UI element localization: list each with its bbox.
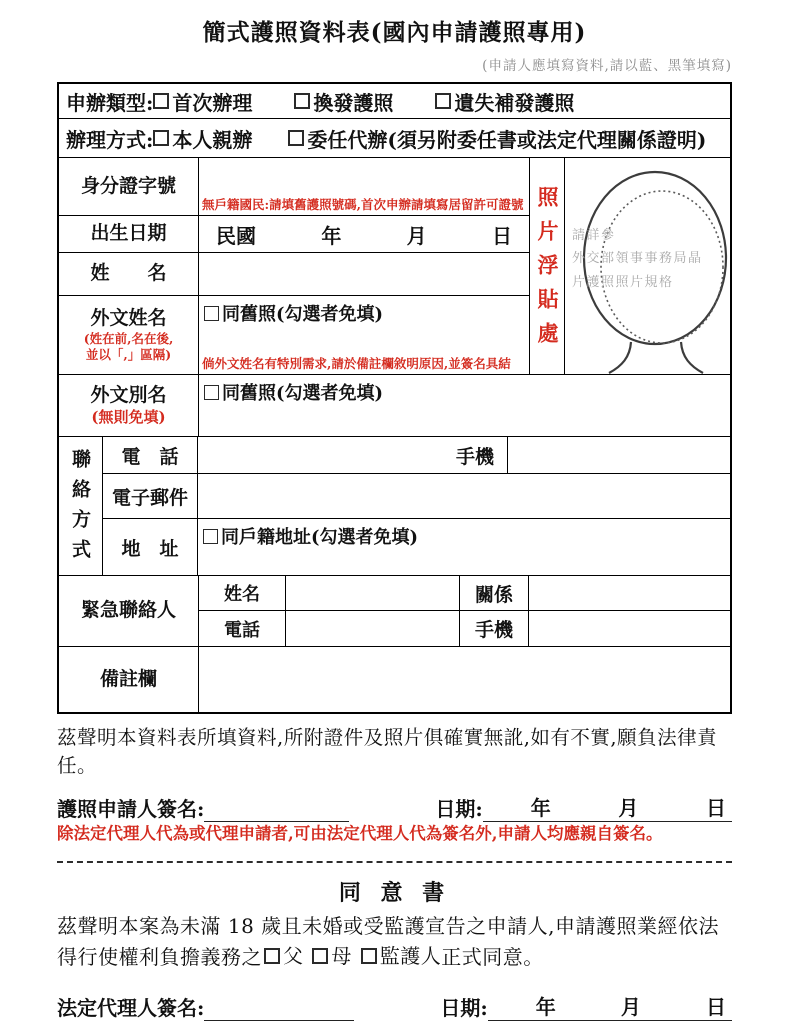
checkbox-icon	[264, 948, 280, 964]
name-field	[199, 253, 529, 295]
date-label: 日期:	[440, 992, 487, 1021]
foreign-alias-field: 同舊照(勾選者免填)	[199, 375, 730, 436]
foreign-name-sublabel: 並以「,」區隔)	[86, 347, 171, 363]
apply-type-option-label: 遺失補發護照	[454, 87, 574, 116]
day-label: 日	[492, 220, 512, 249]
day-label: 日	[706, 792, 726, 821]
consent-option-label: 監護人	[380, 941, 442, 971]
email-row: 電子郵件	[103, 474, 730, 519]
contact-band: 聯絡方式 電 話 手機 電子郵件 地 址	[59, 437, 730, 576]
same-as-old-passport-label: 同舊照(勾選者免填)	[222, 300, 383, 326]
declaration-text: 茲聲明本資料表所填資料,所附證件及照片俱確實無訛,如有不實,願負法律責任。	[57, 724, 732, 779]
passport-form-table: 申辦類型: 首次辦理 換發護照 遺失補發護照 辦理方式: 本人親辦	[57, 82, 732, 714]
checkbox-icon	[153, 93, 169, 109]
consent-option-label: 母	[331, 941, 352, 971]
address-field: 同戶籍地址(勾選者免填)	[198, 519, 730, 575]
remarks-field	[199, 647, 730, 712]
consent-title: 同 意 書	[57, 876, 732, 907]
foreign-alias-row: 外文別名 (無則免填) 同舊照(勾選者免填)	[59, 375, 730, 437]
foreign-name-sublabel: (姓在前,名在後,	[84, 331, 174, 347]
date-line: 年 月 日	[483, 798, 732, 822]
apply-type-option-label: 換發護照	[313, 87, 393, 116]
id-number-label: 身分證字號	[59, 158, 199, 215]
month-label: 月	[621, 991, 641, 1020]
checkbox-icon	[435, 93, 451, 109]
birth-date-label: 出生日期	[59, 216, 199, 252]
foreign-name-label: 外文姓名 (姓在前,名在後, 並以「,」區隔)	[59, 296, 199, 374]
foreign-name-note: 倘外文姓名有特別需求,請於備註欄敘明原因,並簽名具結	[202, 354, 532, 372]
foreign-alias-label: 外文別名 (無則免填)	[59, 375, 199, 436]
checkbox-icon	[288, 130, 304, 146]
checkbox-icon	[294, 93, 310, 109]
consent-option-label: 父	[283, 941, 304, 971]
photo-spec-note-line: 外交部領事事務局晶	[572, 247, 703, 270]
method-label: 辦理方式:	[66, 124, 153, 153]
consent-option-mother: 母	[310, 941, 352, 971]
month-label: 月	[618, 792, 638, 821]
id-number-row: 身分證字號 無戶籍國民:請填舊護照號碼,首次申辦請填寫居留許可證號	[59, 158, 529, 216]
remarks-label: 備註欄	[59, 647, 199, 712]
foreign-alias-sublabel: (無則免填)	[91, 408, 165, 428]
foreign-name-field: 同舊照(勾選者免填) 倘外文姓名有特別需求,請於備註欄敘明原因,並簽名具結	[199, 296, 529, 374]
same-as-old-passport-label: 同舊照(勾選者免填)	[222, 379, 383, 405]
method-option-self: 本人親辦	[153, 124, 252, 153]
emergency-name-label: 姓名	[199, 576, 286, 610]
date-label: 日期:	[435, 793, 482, 822]
apply-type-row: 申辦類型: 首次辦理 換發護照 遺失補發護照	[59, 84, 730, 119]
dashed-separator	[57, 861, 732, 863]
checkbox-icon	[204, 385, 219, 400]
day-label: 日	[706, 991, 726, 1020]
apply-type-option-renew: 換發護照	[294, 87, 393, 116]
consent-text-after: 正式同意。	[441, 945, 544, 969]
date-line: 年 月 日	[488, 997, 732, 1021]
apply-type-option-first: 首次辦理	[153, 87, 252, 116]
photo-box: 請詳參 外交部領事事務局晶 片護照照片規格	[565, 158, 730, 374]
foreign-alias-label-main: 外文別名	[90, 384, 166, 408]
mobile-label: 手機	[443, 437, 508, 473]
emergency-mobile-label: 手機	[459, 611, 529, 646]
name-label: 姓 名	[59, 253, 199, 295]
checkbox-icon	[203, 529, 218, 544]
foreign-name-row: 外文姓名 (姓在前,名在後, 並以「,」區隔) 同舊照(勾選者免填) 倘外文姓名…	[59, 296, 529, 374]
emergency-relation-field	[529, 576, 730, 610]
photo-spec-note: 請詳參 外交部領事事務局晶 片護照照片規格	[572, 224, 703, 294]
identity-rows: 身分證字號 無戶籍國民:請填舊護照號碼,首次申辦請填寫居留許可證號 出生日期 民…	[59, 158, 529, 374]
email-label: 電子郵件	[103, 474, 198, 518]
remarks-row: 備註欄	[59, 647, 730, 712]
method-option-label: 委任代辦(須另附委任書或法定代理關係證明)	[307, 124, 706, 153]
year-label: 年	[321, 220, 341, 249]
emergency-phone-row: 電話 手機	[199, 611, 730, 646]
applicant-signature-line	[204, 798, 349, 822]
consent-option-father: 父	[262, 941, 304, 971]
address-label: 地 址	[103, 519, 198, 575]
emergency-contact-band: 緊急聯絡人 姓名 關係 電話 手機	[59, 576, 730, 647]
checkbox-icon	[204, 306, 219, 321]
photo-spec-note-line: 請詳參	[572, 224, 703, 247]
signature-note: 除法定代理人代為或代理申請者,可由法定代理人代為簽名外,申請人均應親自簽名。	[57, 824, 732, 845]
apply-type-option-lost: 遺失補發護照	[435, 87, 574, 116]
guardian-signature-label: 法定代理人簽名:	[57, 992, 204, 1021]
checkbox-icon	[361, 948, 377, 964]
form-subtitle: (申請人應填寫資料,請以藍、黑筆填寫)	[57, 54, 732, 74]
address-row: 地 址 同戶籍地址(勾選者免填)	[103, 519, 730, 575]
consent-option-guardian: 監護人	[359, 941, 442, 971]
contact-rows: 電 話 手機 電子郵件 地 址 同戶籍地址(勾選者免填)	[103, 437, 730, 575]
emergency-phone-field	[286, 611, 459, 646]
method-option-label: 本人親辦	[172, 124, 252, 153]
year-label: 年	[536, 991, 556, 1020]
consent-text: 茲聲明本案為未滿 18 歲且未婚或受監護宣告之申請人,申請護照業經依法得行使權利…	[57, 911, 732, 972]
guardian-signature-line	[204, 997, 354, 1021]
checkbox-icon	[153, 130, 169, 146]
mobile-field	[508, 437, 730, 473]
phone-row: 電 話 手機	[103, 437, 730, 474]
apply-type-label: 申辦類型:	[66, 87, 153, 116]
birth-date-row: 出生日期 民國 年 月 日	[59, 216, 529, 253]
form-title: 簡式護照資料表(國內申請護照專用)	[57, 14, 732, 47]
emergency-contact-rows: 姓名 關係 電話 手機	[199, 576, 730, 646]
apply-type-option-label: 首次辦理	[172, 87, 252, 116]
emergency-phone-label: 電話	[199, 611, 286, 646]
phone-label: 電 話	[103, 437, 198, 473]
method-row: 辦理方式: 本人親辦 委任代辦(須另附委任書或法定代理關係證明)	[59, 119, 730, 158]
identity-photo-band: 身分證字號 無戶籍國民:請填舊護照號碼,首次申辦請填寫居留許可證號 出生日期 民…	[59, 158, 730, 375]
applicant-signature-row: 護照申請人簽名: 日期: 年 月 日	[57, 793, 732, 822]
form-page: 簡式護照資料表(國內申請護照專用) (申請人應填寫資料,請以藍、黑筆填寫) 申辦…	[57, 0, 732, 1021]
checkbox-icon	[312, 948, 328, 964]
photo-paste-label: 照片浮貼處	[530, 158, 565, 374]
emergency-name-row: 姓名 關係	[199, 576, 730, 611]
contact-side-label: 聯絡方式	[59, 437, 103, 575]
email-field	[198, 474, 730, 518]
photo-spec-note-line: 片護照照片規格	[572, 271, 703, 294]
id-number-note: 無戶籍國民:請填舊護照號碼,首次申辦請填寫居留許可證號	[202, 195, 532, 213]
same-as-old-passport-option: 同舊照(勾選者免填)	[199, 375, 730, 405]
foreign-name-label-main: 外文姓名	[90, 307, 166, 331]
phone-field	[198, 437, 443, 473]
method-option-agent: 委任代辦(須另附委任書或法定代理關係證明)	[288, 124, 706, 153]
same-as-old-passport-option: 同舊照(勾選者免填)	[199, 296, 529, 326]
emergency-contact-label: 緊急聯絡人	[59, 576, 199, 646]
applicant-signature-label: 護照申請人簽名:	[57, 793, 204, 822]
month-label: 月	[407, 220, 427, 249]
same-as-registered-address-option: 同戶籍地址(勾選者免填)	[198, 519, 730, 549]
era-label: 民國	[216, 220, 256, 249]
emergency-relation-label: 關係	[459, 576, 529, 610]
emergency-name-field	[286, 576, 459, 610]
name-row: 姓 名	[59, 253, 529, 296]
same-as-registered-address-label: 同戶籍地址(勾選者免填)	[221, 523, 418, 549]
id-number-field: 無戶籍國民:請填舊護照號碼,首次申辦請填寫居留許可證號	[199, 158, 529, 215]
year-label: 年	[531, 792, 551, 821]
emergency-mobile-field	[529, 611, 730, 646]
birth-date-field: 民國 年 月 日	[199, 216, 529, 252]
photo-area: 照片浮貼處 請詳參 外交部領事事務局晶 片護照照片規格	[529, 158, 730, 374]
guardian-signature-row: 法定代理人簽名: 日期: 年 月 日	[57, 992, 732, 1021]
